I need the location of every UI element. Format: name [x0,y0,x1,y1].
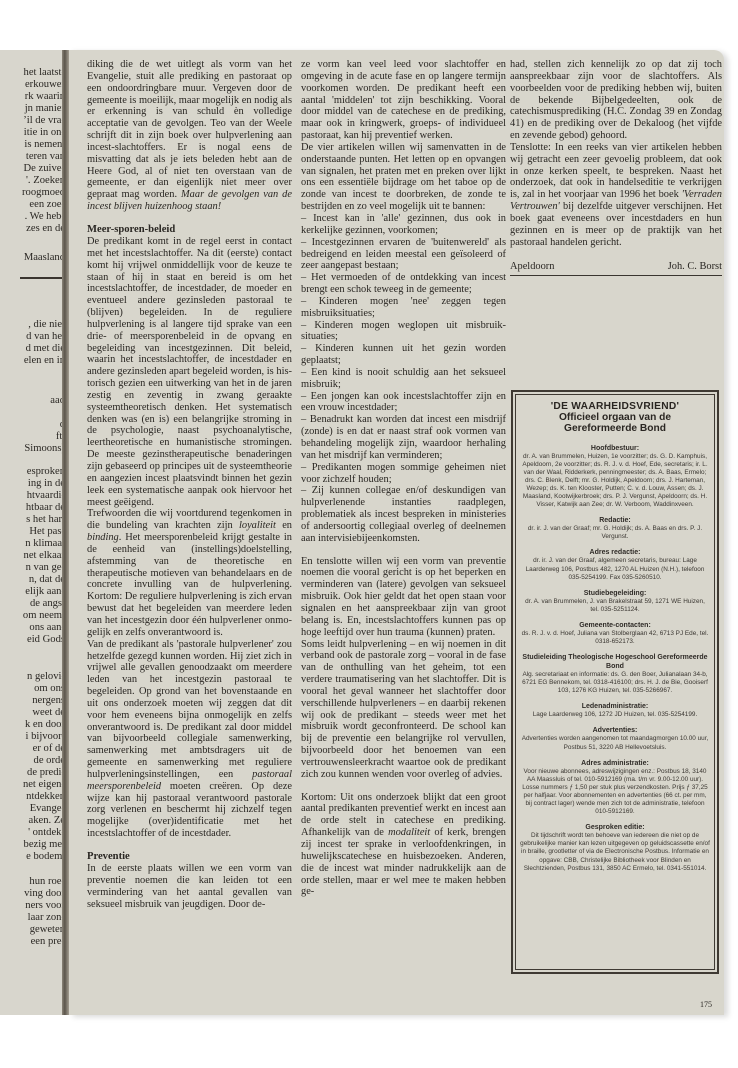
left-page-text-fragment: de predi- [0,767,65,779]
left-page-text-fragment: nergens [0,695,65,707]
paragraph: Soms leidt hulpverlening – en wij noemen… [301,639,506,781]
left-page-text-fragment: esproken [0,466,65,478]
list-item: – Predikanten mogen sommige geheimen nie… [301,462,506,486]
left-page-text-fragment: geweten [0,924,65,936]
colophon-section-advertenties: Advertenties: Advertenties worden aangen… [520,726,710,751]
colophon-title: 'DE WAARHEIDSVRIEND' Officieel orgaan va… [520,401,710,435]
paragraph: Kortom: Uit ons onderzoek blijkt dat een… [301,792,506,899]
colophon-section-gemeente-contacten: Gemeente-contacten: ds. R. J. v. d. Hoef… [520,621,710,646]
left-page-text-fragment: teren van [0,151,65,163]
left-page-text-fragment: ons aan- [0,622,65,634]
section-heading-preventie: Preventie [87,851,292,863]
left-page-text-fragment: rk waarin [0,91,65,103]
left-page-text-fragment: om ons [0,683,65,695]
left-page-text-fragment: weet de [0,707,65,719]
left-page-text-fragment: ' ontdek- [0,827,65,839]
left-page-text-fragment: aad [0,395,65,407]
section-heading-meer-sporen-beleid: Meer-sporen-beleid [87,224,292,236]
list-item: – Het vermoeden of de ontdekking van in­… [301,272,506,296]
left-page-text-fragment: ving door [0,888,65,900]
paragraph: diking die de wet uitlegt als vorm van h… [87,59,292,213]
article-column-1: diking die de wet uitlegt als vorm van h… [87,59,292,910]
paragraph: ze vorm kan veel leed voor slachtoffer e… [301,59,506,142]
paragraph: had, stellen zich kennelijk zo op dat zi… [510,59,722,142]
left-page-text-fragment: n van ge- [0,562,65,574]
left-page-text-fragment: ners voor [0,900,65,912]
left-page-text-fragment: e bodem. [0,851,65,863]
left-page-text-fragment: zes en de [0,223,65,235]
left-page-text-fragment: n gelovi- [0,671,65,683]
summary-points-list: – Incest kan in 'alle' gezinnen, dus ook… [301,213,506,545]
list-item: – Kinderen mogen 'nee' zeggen tegen misb… [301,296,506,320]
left-page-text-fragment: erkouwer [0,79,65,91]
left-page-text-fragment: eid Gods [0,634,65,646]
left-page-text-fragment: ft. [0,431,65,443]
list-item: – Zij kunnen collegae en/of deskundigen … [301,485,506,544]
list-item: – Kinderen kunnen uit het gezin worden g… [301,343,506,367]
book-spine [62,50,69,1015]
left-page-text-fragment: ing in de [0,478,65,490]
colophon-section-redactie: Redactie: dr. ir. J. van der Graaf; mr. … [520,516,710,541]
left-page-text-fragment: htvaardi- [0,490,65,502]
paragraph: De vier artikelen willen wij samenvatten… [301,142,506,213]
left-page-text-fragment: laar zon- [0,912,65,924]
paragraph: Tenslotte: In een reeks van vier artikel… [510,142,722,249]
left-page-divider [20,277,62,279]
colophon-box: 'DE WAARHEIDSVRIEND' Officieel orgaan va… [511,390,719,974]
list-item: – Benadrukt kan worden dat incest een mi… [301,414,506,461]
left-page-text-fragment: s het hart [0,514,65,526]
colophon-section-adres-redactie: Adres redactie: dr. ir. J. van der Graaf… [520,548,710,581]
left-page-text-fragment: d met die [0,343,65,355]
left-page-text-fragment: is nemen. [0,139,65,151]
signature-author: Joh. C. Borst [668,261,722,273]
left-page-text-fragment: Evange- [0,803,65,815]
list-item: – Incest kan in 'alle' gezinnen, dus ook… [301,213,506,237]
list-item: – Een jongen kan ook incestslachtoffer z… [301,391,506,415]
article-column-2: ze vorm kan veel leed voor slachtoffer e… [301,59,506,898]
left-page-text-fragment: d van het [0,331,65,343]
paragraph: De predikant komt in de regel eerst in c… [87,236,292,508]
left-page-text-fragment: itie in on- [0,127,65,139]
left-page-text-fragment: net elkaar [0,550,65,562]
left-page-text-fragment: '. Zoeken [0,175,65,187]
signature-place: Apeldoorn [510,261,554,273]
left-page-text-fragment: Maasland [0,252,65,264]
left-page-text-fragment: k en door [0,719,65,731]
colophon-section-ledenadministratie: Ledenadministratie: Lage Laarderweg 106,… [520,702,710,719]
colophon-section-hoofdbestuur: Hoofdbestuur: dr. A. van Brummelen, Huiz… [520,444,710,510]
left-page-text-fragment: ʼil de vra- [0,115,65,127]
list-item: – Een kind is nooit schuldig aan het sek… [301,367,506,391]
colophon-section-adres-administratie: Adres administratie: Voor nieuwe abonnee… [520,759,710,817]
left-page-text-fragment: ntdekken [0,791,65,803]
left-page-text-fragment: i bijvoor- [0,731,65,743]
left-page: het laatst-erkouwerrk waarinjn manierʼil… [0,50,68,1015]
left-page-text-fragment: elijk aan- [0,586,65,598]
left-page-text-fragment: De zuive- [0,163,65,175]
left-page-text-fragment: aken. Ze [0,815,65,827]
left-page-text-fragment: bezig met [0,839,65,851]
left-page-text-fragment: de angst [0,598,65,610]
left-page-text-fragment: n klimaat [0,538,65,550]
left-page-text-fragment: een pre- [0,936,65,948]
left-page-text-fragment: jn manier [0,103,65,115]
left-page-text-fragment: Het pas- [0,526,65,538]
left-page-text-fragment: . We heb- [0,211,65,223]
left-page-text-fragment: n, dat de [0,574,65,586]
left-page-text-fragment: Simoons) [0,443,65,455]
left-page-text-fragment: d [0,419,65,431]
list-item: – Incestgezinnen ervaren de 'buitenwe­re… [301,237,506,273]
colophon-section-gesproken-editie: Gesproken editie: Dit tijdschrift wordt … [520,823,710,872]
left-page-text-fragment: om neemt [0,610,65,622]
list-item: – Kinderen mogen weglopen uit misbruik­s… [301,320,506,344]
left-page-text-fragment: een zoe- [0,199,65,211]
paragraph: In de eerste plaats willen we een vorm v… [87,863,292,910]
paragraph: En tenslotte willen wij een vorm van pre… [301,556,506,639]
left-page-text-fragment: de orde [0,755,65,767]
left-page-text-fragment: net eigen- [0,779,65,791]
left-page-text-fragment: hun roe- [0,876,65,888]
colophon-section-studiebegeleiding: Studiebegeleiding: dr. A. van Brummelen,… [520,589,710,614]
article-signature: Apeldoorn Joh. C. Borst [510,261,722,277]
left-page-text-fragment: , die niet [0,319,65,331]
page-number: 175 [700,1000,712,1009]
article-column-3: had, stellen zich kennelijk zo op dat zi… [510,59,722,276]
colophon-section-studieleiding: Studieleiding Theologische Hogeschool Ge… [520,653,710,695]
paragraph: Van de predikant als 'pastorale hulpverl… [87,639,292,840]
left-page-text-fragment: elen en in [0,355,65,367]
left-page-text-fragment: het laatst- [0,67,65,79]
paragraph: Trefwoorden die wij voortdurend tegenko­… [87,508,292,638]
left-page-text-fragment: htbaar de [0,502,65,514]
left-page-text-fragment: roogmoed [0,187,65,199]
left-page-text-fragment: er of de [0,743,65,755]
